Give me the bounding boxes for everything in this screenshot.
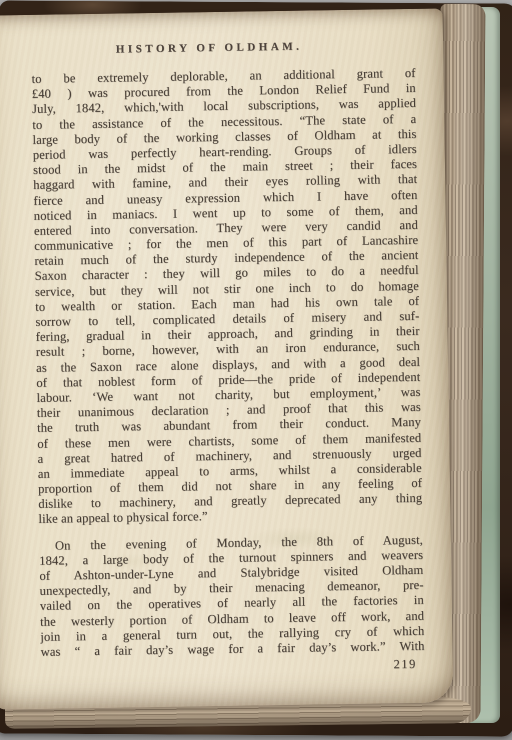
page-number: 219: [0, 656, 453, 678]
page-text: to be extremely deplorable, an additiona…: [0, 65, 453, 660]
running-header: HISTORY OF OLDHAM.: [0, 39, 433, 58]
book-page: HISTORY OF OLDHAM. to be extremely deplo…: [0, 8, 453, 709]
photo-background: HISTORY OF OLDHAM. to be extremely deplo…: [0, 0, 512, 740]
